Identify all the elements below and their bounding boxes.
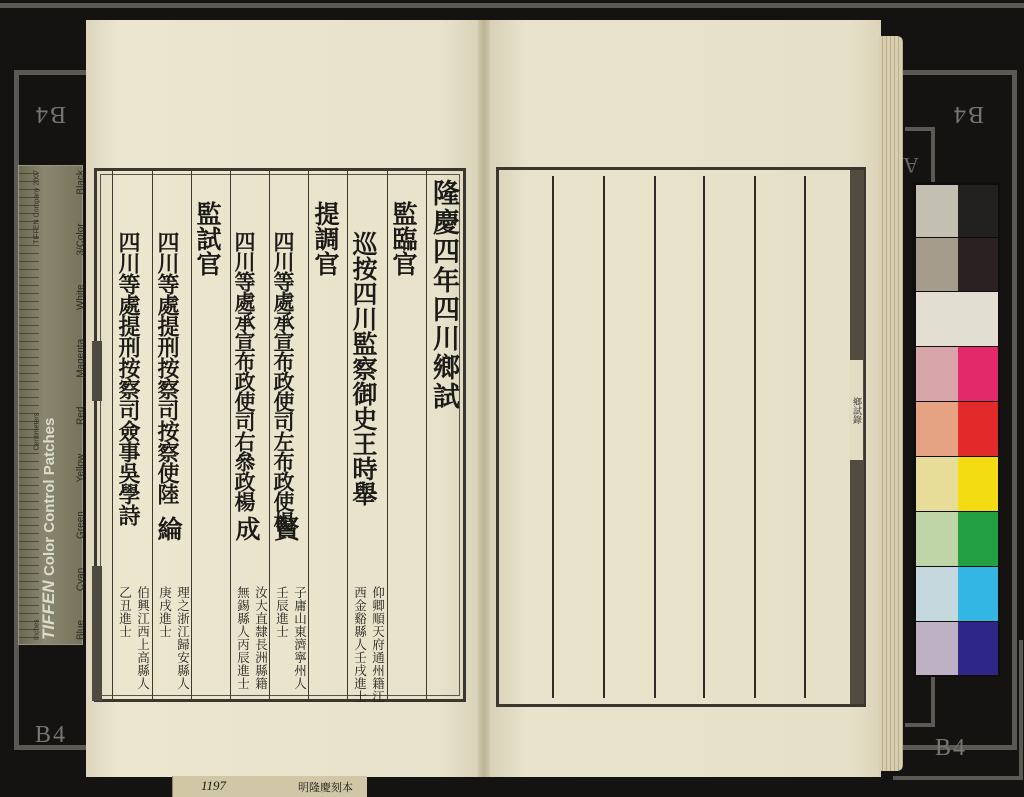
ruler-color-white: White [76, 284, 87, 310]
page-edges [879, 36, 903, 771]
patch-light-red [916, 402, 958, 456]
patch-light-green [916, 512, 958, 566]
ruler-color-blue: Blue [76, 620, 87, 640]
margin-fishtail-lower [92, 566, 102, 701]
block-center-tab: 鄉試錄 [849, 360, 863, 460]
patch-blue [958, 622, 998, 675]
column-rule [754, 176, 756, 698]
patch-magenta [958, 347, 998, 401]
mat-label-b4-bottom-left: B4 [35, 722, 67, 749]
official-note: 仰卿順天府通州籍江 [371, 586, 384, 703]
mat-frame-top [0, 3, 1024, 8]
margin-fishtail-upper [92, 341, 102, 401]
official-given-name: 賢 [273, 516, 298, 541]
call-number-label: 1197 明隆慶刻本 [172, 776, 367, 797]
patch-light-cyan [916, 567, 958, 621]
column-divider [191, 171, 192, 699]
official-note: 乙丑進士 [118, 586, 131, 638]
official-entry-wang-shiju: 巡按四川監察御史王時舉 [351, 231, 376, 506]
ruler-color-black: Black [76, 170, 87, 194]
patch-light-gray [916, 185, 958, 237]
section-heading-jianshi: 監試官 [195, 201, 220, 276]
ruler-color-magenta: Magenta [76, 339, 87, 378]
column-divider [347, 171, 348, 699]
open-book: 隆慶四年四川鄉試 監臨官 巡按四川監察御史王時舉 仰卿順天府通州籍江 西金谿縣人… [86, 16, 906, 781]
official-note: 伯興江西上高縣人 [136, 586, 149, 690]
column-rule [552, 176, 554, 698]
official-given-name: 綸 [156, 516, 181, 541]
ruler-title: TIFFEN Color Control Patches [39, 170, 59, 640]
official-entry-yang-cheng: 四川等處承宣布政使司右叅政楊 [234, 231, 255, 511]
column-divider [230, 171, 231, 699]
right-print-block: 鄉試錄 [496, 167, 866, 707]
official-note: 子庸山東濟寧州人 [293, 586, 306, 690]
official-entry-yang-xian: 四川等處承宣布政使司左布政使楊 [273, 231, 294, 531]
column-divider [426, 171, 427, 699]
ruler-color-red: Red [76, 407, 87, 425]
patch-green [958, 512, 998, 566]
section-heading-jianlin: 監臨官 [391, 201, 416, 276]
patch-light-yellow [916, 457, 958, 511]
color-control-card [913, 182, 1000, 677]
patch-dark-brown [958, 238, 998, 291]
ruler-color-yellow: Yellow [76, 454, 87, 483]
tiffen-ruler: Inches Centimeters TIFFEN Company 2007 T… [18, 165, 83, 645]
edition-note: 明隆慶刻本 [298, 779, 353, 795]
column-divider [387, 171, 388, 699]
ruler-color-green: Green [76, 511, 87, 539]
official-given-name: 成 [234, 516, 259, 541]
patch-white [916, 292, 998, 346]
column-divider [269, 171, 270, 699]
official-note: 壬辰進士 [275, 586, 288, 638]
section-heading-tidiao: 提調官 [313, 201, 338, 276]
call-number: 1197 [201, 778, 226, 794]
column-rule [654, 176, 656, 698]
patch-cyan [958, 567, 998, 621]
patch-black [958, 185, 998, 237]
official-entry-lu-lun: 四川等處提刑按察司按察使陸 [156, 231, 178, 504]
patch-light-magenta [916, 347, 958, 401]
ruler-color-3color: 3/Color [76, 223, 87, 255]
mat-label-b4-bottom-right: B4 [935, 735, 967, 762]
left-print-block: 隆慶四年四川鄉試 監臨官 巡按四川監察御史王時舉 仰卿順天府通州籍江 西金谿縣人… [94, 168, 466, 702]
ruler-title-text: Color Control Patches [41, 418, 58, 576]
column-rule [703, 176, 705, 698]
official-entry-wu-xueshi: 四川等處提刑按察司僉事吳學詩 [117, 231, 139, 525]
patch-mid-gray [916, 238, 958, 291]
mat-label-b4-top-left: B4 [34, 100, 66, 127]
official-note: 西金谿縣人壬戌進士 [353, 586, 366, 703]
patch-light-blue [916, 622, 958, 675]
column-divider [112, 171, 113, 699]
ruler-brand: TIFFEN [39, 581, 58, 641]
ruler-color-names: Blue Cyan Green Yellow Red Magenta White… [76, 170, 87, 640]
column-rule [804, 176, 806, 698]
ruler-color-cyan: Cyan [76, 568, 87, 591]
official-note: 理之浙江歸安縣人 [176, 586, 189, 690]
column-divider [152, 171, 153, 699]
patch-yellow [958, 457, 998, 511]
patch-red [958, 402, 998, 456]
official-note: 汝大直隸長洲縣籍 [254, 586, 267, 690]
official-note: 庚戌進士 [158, 586, 171, 638]
column-rule [603, 176, 605, 698]
official-note: 無錫縣人丙辰進士 [236, 586, 249, 690]
column-divider [308, 171, 309, 699]
mat-label-b4-top-right: B4 [952, 100, 984, 127]
document-title: 隆慶四年四川鄉試 [430, 179, 457, 411]
book-gutter [478, 20, 490, 777]
